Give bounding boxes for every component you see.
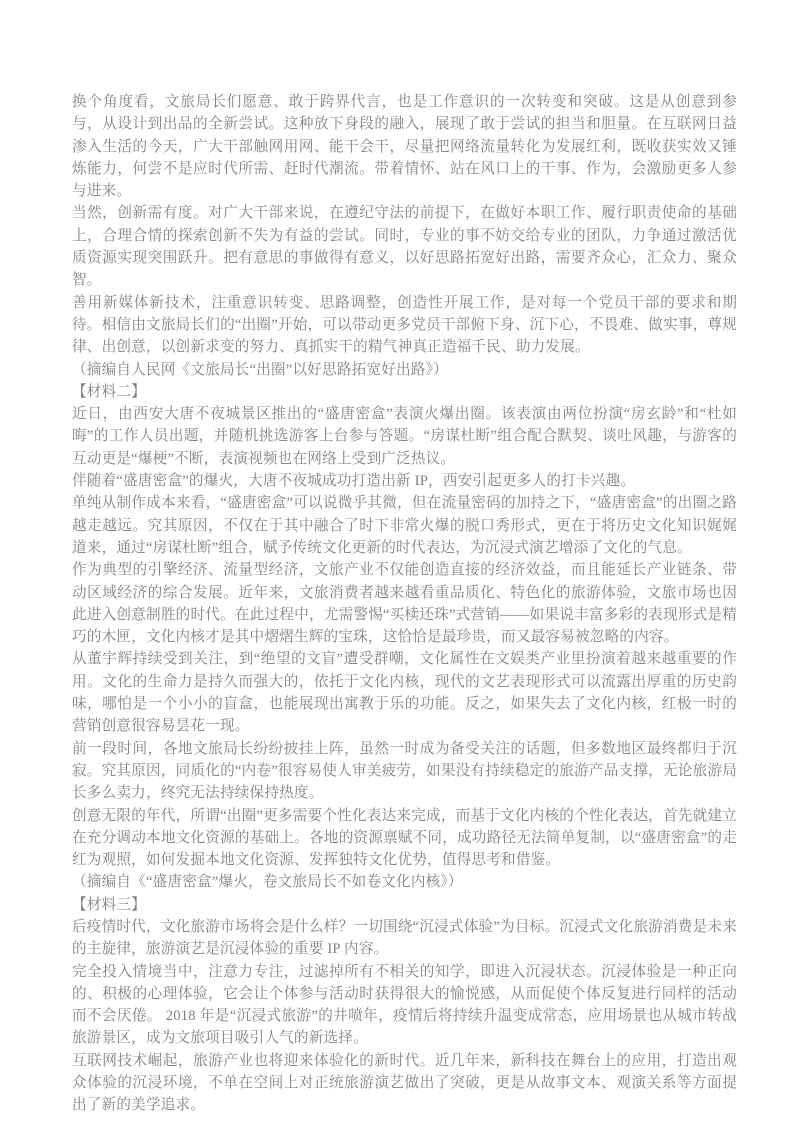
paragraph-8: 从董宇辉持续受到关注，到“绝望的文盲”遭受群嘲，文化属性在文娱类产业里扮演着越来…: [72, 648, 737, 737]
document-page: 换个角度看，文旅局长们愿意、敢于跨界代言，也是工作意识的一次转变和突破。这是从创…: [0, 0, 793, 1122]
paragraph-1: 换个角度看，文旅局长们愿意、敢于跨界代言，也是工作意识的一次转变和突破。这是从创…: [72, 91, 737, 202]
paragraph-10: 创意无限的年代，所谓“出圈”更多需要个性化表达来完成，而基于文化内核的个性化表达…: [72, 805, 737, 872]
paragraph-7: 作为典型的引擎经济、流量型经济，文旅产业不仅能创造直接的经济效益，而且能延长产业…: [72, 559, 737, 648]
material-2-header: 【材料二】: [72, 381, 737, 403]
citation-source-1: （摘编自人民网《文旅局长“出圈”以好思路拓宽好出路》）: [72, 359, 737, 381]
paragraph-2: 当然，创新需有度。对广大干部来说，在遵纪守法的前提下，在做好本职工作、履行职责使…: [72, 202, 737, 291]
paragraph-11: 后疫情时代，文化旅游市场将会是什么样？一切围绕“沉浸式体验”为目标。沉浸式文化旅…: [72, 916, 737, 961]
paragraph-9: 前一段时间，各地文旅局长纷纷披挂上阵，虽然一时成为备受关注的话题，但多数地区最终…: [72, 738, 737, 805]
paragraph-13: 互联网技术崛起，旅游产业也将迎来体验化的新时代。近几年来，新科技在舞台上的应用，…: [72, 1050, 737, 1117]
material-3-header: 【材料三】: [72, 894, 737, 916]
paragraph-5: 伴随着“盛唐密盒”的爆火，大唐不夜城成功打造出新 IP，西安引起更多人的打卡兴趣…: [72, 470, 737, 492]
paragraph-6: 单纯从制作成本来看，“盛唐密盒”可以说微乎其微，但在流量密码的加持之下，“盛唐密…: [72, 492, 737, 559]
document-text-block: 换个角度看，文旅局长们愿意、敢于跨界代言，也是工作意识的一次转变和突破。这是从创…: [72, 91, 737, 1117]
paragraph-3: 善用新媒体新技术，注重意识转变、思路调整，创造性开展工作，是对每一个党员干部的要…: [72, 292, 737, 359]
citation-source-2: （摘编自《“盛唐密盒”爆火，卷文旅局长不如卷文化内核》）: [72, 871, 737, 893]
paragraph-12: 完全投入情境当中，注意力专注，过滤掉所有不相关的知学，即进入沉浸状态。沉浸体验是…: [72, 961, 737, 1050]
paragraph-4: 近日，由西安大唐不夜城景区推出的“盛唐密盒”表演火爆出圈。该表演由两位扮演“房玄…: [72, 403, 737, 470]
